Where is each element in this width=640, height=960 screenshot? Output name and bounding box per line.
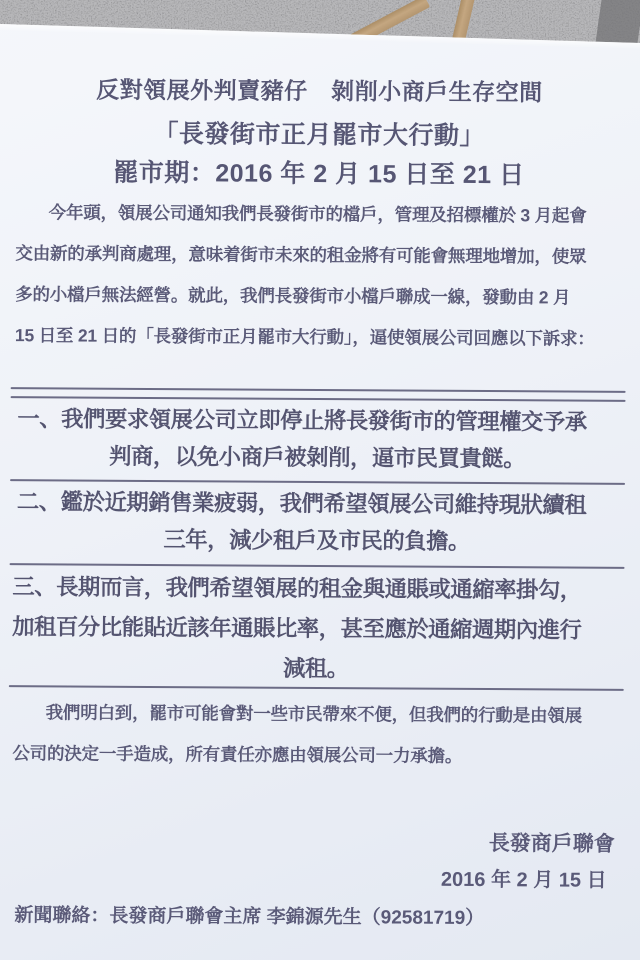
separator-rule-bottom [9,685,624,691]
signature-date: 2016 年 2 月 15 日 [0,866,607,893]
printed-notice: 反對領展外判賣豬仔 剝削小商戶生存空間 「長發街市正月罷市大行動」 罷市期：20… [0,0,640,960]
strike-period: 罷市期：2016 年 2 月 15 日至 21 日 [0,158,639,191]
intro-line-3: 多的小檔戶無法經營。就此，我們長發街市小檔戶聯成一線，發動由 2 月 [15,284,570,308]
separator-rule-top-a [11,387,626,393]
headline-line-2: 「長發街市正月罷市大行動」 [0,119,639,152]
demand-3-line-3: 減租。 [0,654,636,684]
separator-rule-top-b [11,396,626,402]
separator-rule-2 [10,563,625,569]
signature-organization: 長發商戶聯會 [0,829,615,857]
demand-3-line-2: 加租百分比能貼近該年通賬比率，甚至應於通縮週期內進行 [12,614,581,643]
headline-line-1: 反對領展外判賣豬仔 剝削小商戶生存空間 [0,76,640,106]
closing-line-2: 公司的決定一手造成，所有責任亦應由領展公司一力承擔。 [12,743,462,766]
demand-2-line-1: 二、鑑於近期銷售業疲弱，我們希望領展公司維持現狀續租 [17,489,586,518]
demand-1-line-2: 判商，以免小商戶被剝削，逼市民買貴餸。 [0,443,637,473]
intro-line-2: 交由新的承判商處理，意味着街市未來的租金將有可能會無理地增加，使眾 [15,243,586,267]
demand-1-line-1: 一、我們要求領展公司立即停止將長發街市的管理權交予承 [17,406,586,435]
separator-rule-1 [10,479,625,485]
press-contact: 新聞聯絡：長發商戶聯會主席 李錦源先生（92581719） [14,905,484,930]
photo-of-notice: 反對領展外判賣豬仔 剝削小商戶生存空間 「長發街市正月罷市大行動」 罷市期：20… [0,0,640,960]
paper-sheet: 反對領展外判賣豬仔 剝削小商戶生存空間 「長發街市正月罷市大行動」 罷市期：20… [0,0,640,960]
intro-line-1: 今年頭，領展公司通知我們長發街市的檔戶，管理及招標權於 3 月起會 [16,202,587,226]
demand-2-line-2: 三年，減少租戶及市民的負擔。 [0,526,637,556]
demand-3-line-1: 三、長期而言，我們希望領展的租金與通賬或通縮率掛勾， [12,574,581,603]
closing-line-1: 我們明白到，罷市可能會對一些市民帶來不便，但我們的行動是由領展 [13,702,582,726]
intro-line-4: 15 日至 21 日的「長發街市正月罷市大行動」，逼使領展公司回應以下訴求： [15,325,595,349]
